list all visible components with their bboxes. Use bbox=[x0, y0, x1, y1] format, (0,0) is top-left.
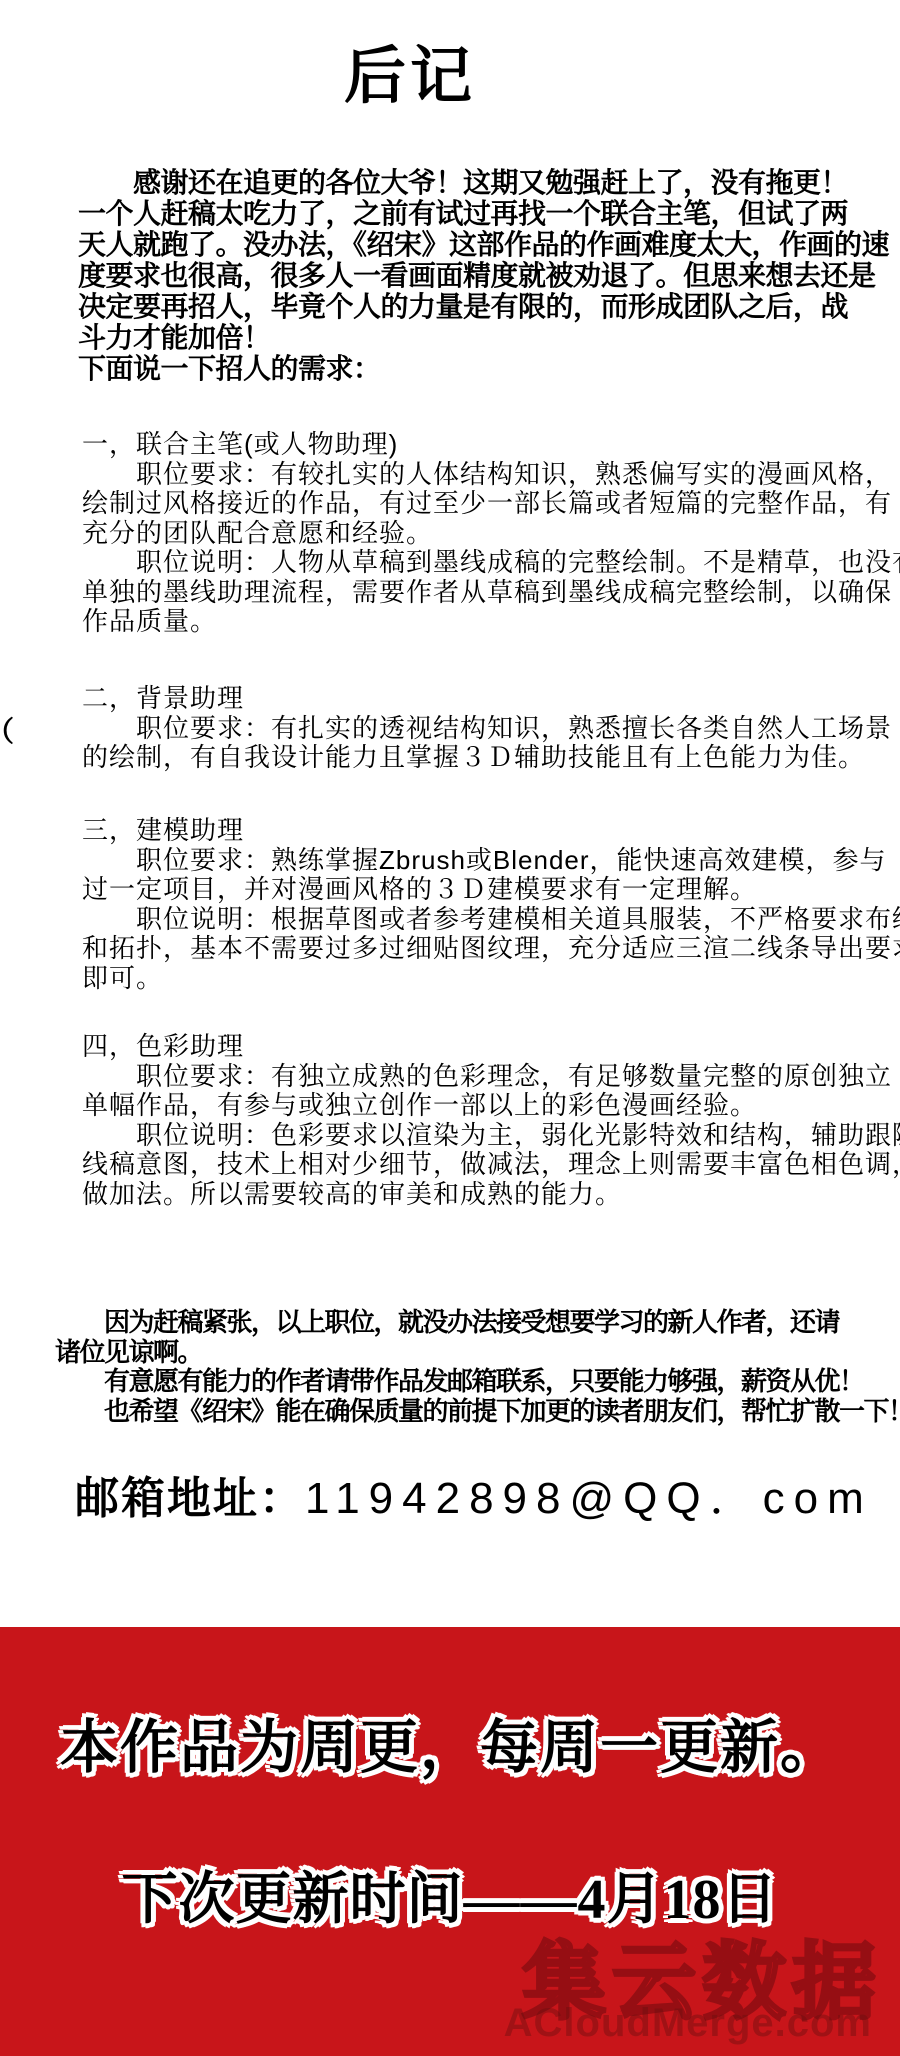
section-modeling-assistant: 三，建模助理 职位要求：熟练掌握Zbrush或Blender，能快速高效建模，参… bbox=[82, 816, 900, 993]
section-lead-artist: 一，联合主笔(或人物助理) 职位要求：有较扎实的人体结构知识，熟悉偏写实的漫画风… bbox=[82, 430, 900, 637]
section-color-assistant: 四，色彩助理 职位要求：有独立成熟的色彩理念，有足够数量完整的原创独立单幅作品，… bbox=[82, 1032, 900, 1209]
banner-weekly-update-text: 本作品为周更，每周一更新。 bbox=[60, 1700, 840, 1784]
section-background-assistant: 二，背景助理 职位要求：有扎实的透视结构知识，熟悉擅长各类自然人工场景的绘制，有… bbox=[82, 684, 892, 773]
email-label: 邮箱地址： bbox=[75, 1474, 305, 1523]
page-title: 后记 bbox=[344, 46, 476, 108]
closing-paragraph: 因为赶稿紧张，以上职位，就没办法接受想要学习的新人作者，还请诸位见谅啊。 有意愿… bbox=[55, 1308, 900, 1426]
email-address: 11942898@QQ．com bbox=[305, 1474, 873, 1523]
intro-paragraph: 感谢还在追更的各位大爷！这期又勉强赶上了，没有拖更！一个人赶稿太吃力了，之前有试… bbox=[78, 168, 889, 385]
email-line: 邮箱地址：11942898@QQ．com bbox=[75, 1462, 873, 1526]
watermark-en: ACloudMerge.com bbox=[504, 2001, 872, 2046]
update-banner: 本作品为周更，每周一更新。 下次更新时间——4月18日 集云数据 ACloudM… bbox=[0, 1627, 900, 2056]
stray-cropped-character: （ bbox=[0, 710, 14, 750]
afterword-page: 后记 感谢还在追更的各位大爷！这期又勉强赶上了，没有拖更！一个人赶稿太吃力了，之… bbox=[0, 0, 900, 2056]
